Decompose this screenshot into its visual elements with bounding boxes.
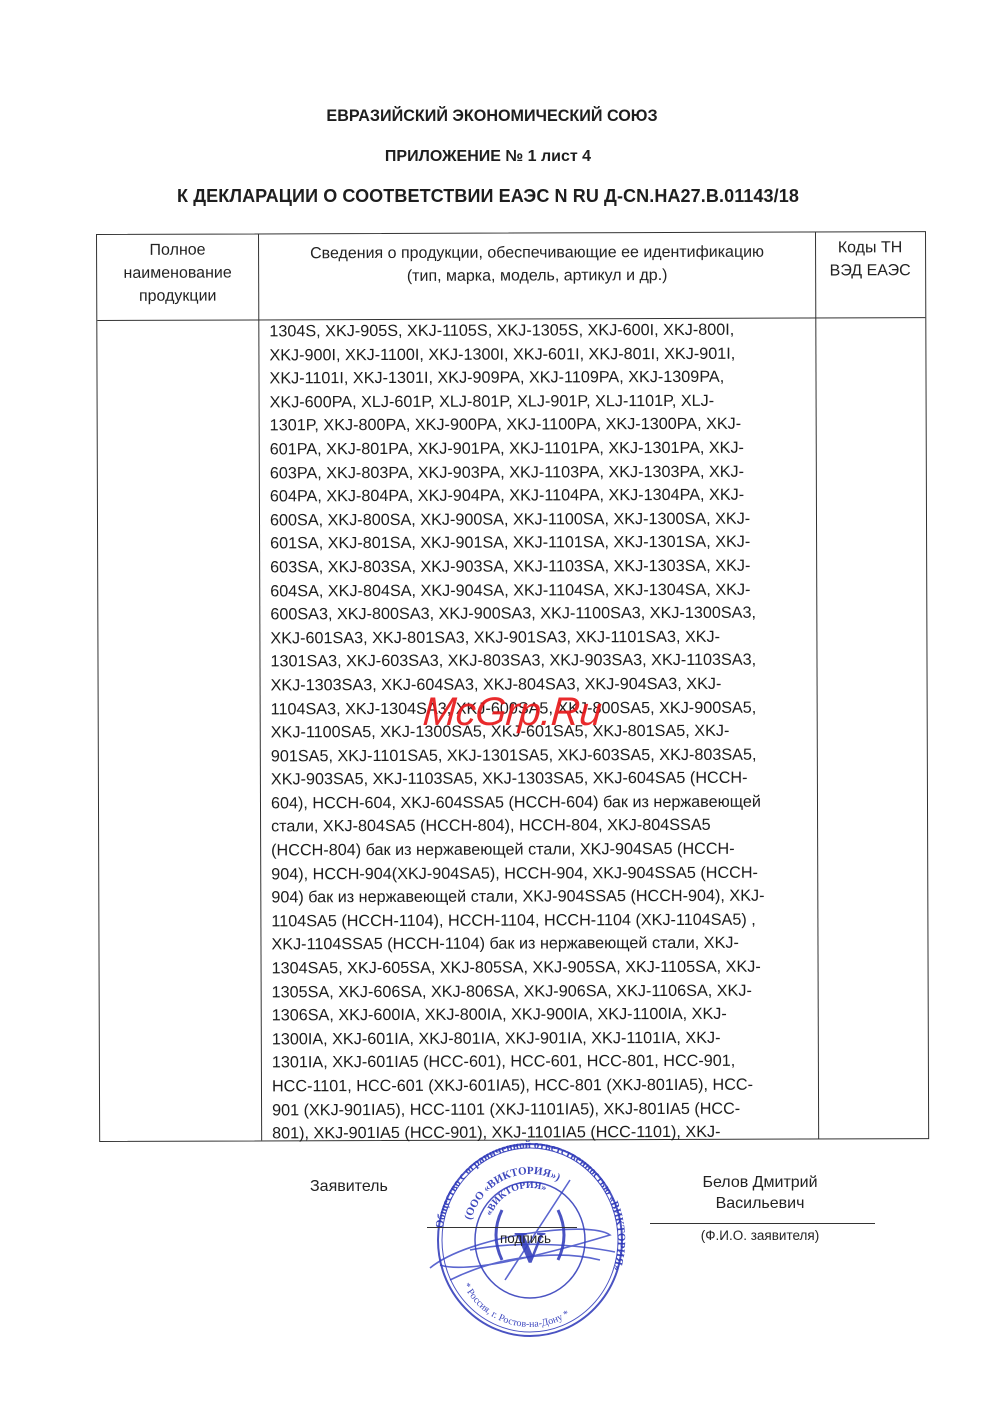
identification-line: 603SA, XKJ-803SA, XKJ-903SA, XKJ-1103SA,… (270, 554, 815, 579)
column-header-identification: Сведения о продукции, обеспечивающие ее … (259, 240, 815, 288)
header-line: продукции (97, 284, 258, 308)
identification-line: 600SA3, XKJ-800SA3, XKJ-900SA3, XKJ-1100… (270, 602, 815, 627)
identification-line: XKJ-900I, XKJ-1100I, XKJ-1300I, XKJ-601I… (269, 342, 814, 367)
column-divider (258, 234, 262, 1140)
identification-line: XKJ-1104SSA5 (HCCH-1104) бак из нержавею… (271, 932, 816, 957)
identification-line: XKJ-600PA, XLJ-601P, XLJ-801P, XLJ-901P,… (270, 389, 815, 414)
identification-line: 1305SA, XKJ-606SA, XKJ-806SA, XKJ-906SA,… (272, 979, 817, 1004)
header-line: наименование (97, 261, 258, 285)
identification-line: HCC-1101, HCC-601 (XKJ-601IA5), HCC-801 … (272, 1073, 817, 1098)
identification-line: 601PA, XKJ-801PA, XKJ-901PA, XKJ-1101PA,… (270, 436, 815, 461)
identification-line: XKJ-1101I, XKJ-1301I, XKJ-909PA, XKJ-110… (269, 366, 814, 391)
header-line: Коды ТН (816, 236, 924, 259)
product-table: Полное наименование продукции Сведения о… (96, 231, 929, 1142)
signature-line (427, 1227, 577, 1228)
identification-line: 1301P, XKJ-800PA, XKJ-900PA, XKJ-1100PA,… (270, 413, 815, 438)
identification-line: 1104SA5 (HCCH-1104), HCCH-1104, HCCH-110… (271, 908, 816, 933)
identification-line: 1300IA, XKJ-601IA, XKJ-801IA, XKJ-901IA,… (272, 1026, 817, 1051)
column-header-hs-codes: Коды ТН ВЭД ЕАЭС (816, 236, 924, 282)
appendix-heading: ПРИЛОЖЕНИЕ № 1 лист 4 (0, 148, 988, 166)
svg-text:* Россия, г. Ростов-на-Дону *: * Россия, г. Ростов-на-Дону * (461, 1281, 572, 1330)
name-caption: (Ф.И.О. заявителя) (660, 1228, 860, 1243)
header-line: (тип, марка, модель, артикул и др.) (259, 263, 815, 288)
union-heading: ЕВРАЗИЙСКИЙ ЭКОНОМИЧЕСКИЙ СОЮЗ (17, 106, 967, 126)
identification-line: 604), HCCH-604, XKJ-604SSA5 (HCCH-604) б… (271, 790, 816, 815)
watermark: McGrp.Ru (421, 690, 602, 735)
column-header-product-name: Полное наименование продукции (97, 238, 258, 308)
header-line: Полное (97, 238, 258, 262)
signature-caption: подпись (500, 1231, 551, 1246)
identification-line: XKJ-903SA5, XKJ-1103SA5, XKJ-1303SA5, XK… (271, 767, 816, 792)
header-line: ВЭД ЕАЭС (816, 259, 924, 282)
name-line (650, 1223, 875, 1224)
identification-line: 1301IA, XKJ-601IA5 (HCC-601), HCC-601, H… (272, 1050, 817, 1075)
identification-line: XKJ-601SA3, XKJ-801SA3, XKJ-901SA3, XKJ-… (270, 625, 815, 650)
identification-line: 604PA, XKJ-804PA, XKJ-904PA, XKJ-1104PA,… (270, 484, 815, 509)
identification-line: 603PA, XKJ-803PA, XKJ-903PA, XKJ-1103PA,… (270, 460, 815, 485)
identification-line: 1301SA3, XKJ-603SA3, XKJ-803SA3, XKJ-903… (270, 649, 815, 674)
identification-line: 604SA, XKJ-804SA, XKJ-904SA, XKJ-1104SA,… (270, 578, 815, 603)
identification-line: 1304SA5, XKJ-605SA, XKJ-805SA, XKJ-905SA… (272, 956, 817, 981)
identification-line: 901SA5, XKJ-1101SA5, XKJ-1301SA5, XKJ-60… (271, 743, 816, 768)
identification-line: 1304S, XKJ-905S, XKJ-1105S, XKJ-1305S, X… (269, 318, 814, 343)
identification-line: (HCCH-804) бак из нержавеющей стали, XKJ… (271, 838, 816, 863)
identification-line: 901 (XKJ-901IA5), HCC-1101 (XKJ-1101IA5)… (272, 1097, 817, 1122)
identification-line: 1306SA, XKJ-600IA, XKJ-800IA, XKJ-900IA,… (272, 1003, 817, 1028)
declaration-title: К ДЕКЛАРАЦИИ О СООТВЕТСТВИИ ЕАЭС N RU Д-… (0, 186, 988, 207)
header-line: Сведения о продукции, обеспечивающие ее … (259, 240, 815, 265)
applicant-name-line: Белов Дмитрий (680, 1172, 840, 1193)
applicant-name: Белов Дмитрий Васильевич (680, 1172, 840, 1214)
identification-line: 601SA, XKJ-801SA, XKJ-901SA, XKJ-1101SA,… (270, 531, 815, 556)
identification-line: 600SA, XKJ-800SA, XKJ-900SA, XKJ-1100SA,… (270, 507, 815, 532)
applicant-name-line: Васильевич (680, 1193, 840, 1214)
identification-line: 904), HCCH-904(XKJ-904SA5), HCCH-904, XK… (271, 861, 816, 886)
identification-line: стали, XKJ-804SA5 (HCCH-804), HCCH-804, … (271, 814, 816, 839)
identification-line: 904) бак из нержавеющей стали, XKJ-904SS… (271, 885, 816, 910)
applicant-label: Заявитель (310, 1178, 388, 1196)
